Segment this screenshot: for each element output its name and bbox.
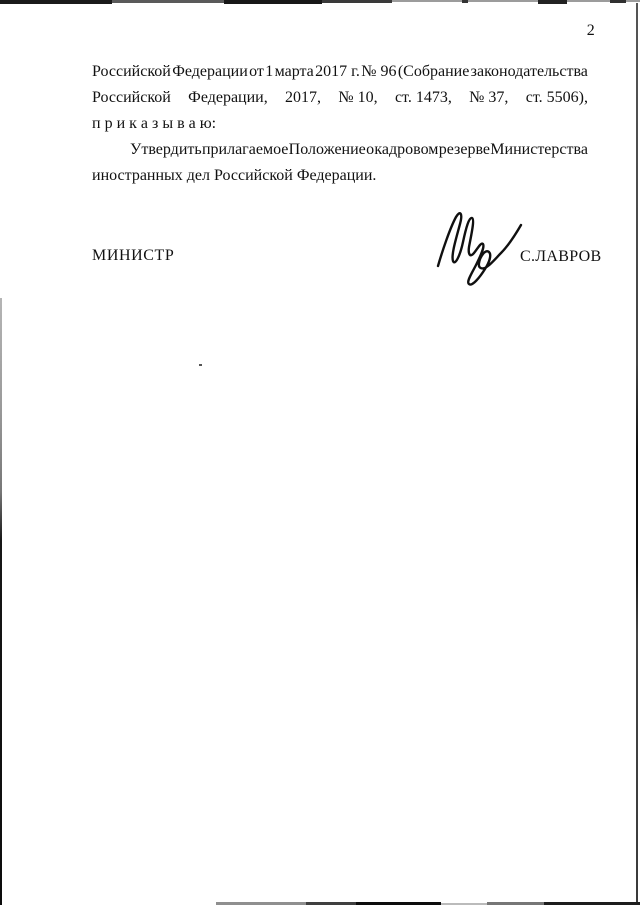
paragraph-line: РоссийскойФедерацииот1марта2017 г.№ 96(С… <box>92 59 588 85</box>
scan-artifact-speck <box>199 364 202 366</box>
paragraph-line: РоссийскойФедерации,2017,№ 10,ст. 1473,№… <box>92 85 588 111</box>
scan-artifact-top-bar <box>322 0 392 3</box>
scanned-document-page: 2 РоссийскойФедерацииот1марта2017 г.№ 96… <box>0 0 640 905</box>
paragraph-line: иностранных дел Российской Федерации. <box>92 163 588 189</box>
signatory-title: МИНИСТР <box>92 247 174 265</box>
scan-artifact-dash <box>462 0 468 3</box>
scan-artifact-left-border <box>0 298 2 905</box>
paragraph-line-prikazyvayu: п р и к а з ы в а ю: <box>92 111 588 137</box>
paragraph-line: УтвердитьприлагаемоеПоложениеокадровомре… <box>92 137 588 163</box>
scan-artifact-top-bar <box>392 0 640 2</box>
scan-artifact-top-bar <box>0 0 112 4</box>
scan-artifact-dash <box>538 0 567 4</box>
scan-artifact-dash <box>610 0 626 3</box>
handwritten-signature-icon <box>433 198 525 288</box>
signatory-name: С.ЛАВРОВ <box>520 248 601 266</box>
scan-artifact-top-bar <box>224 0 322 4</box>
scan-artifact-top-bar <box>112 0 224 3</box>
scan-artifact-right-border <box>636 3 638 905</box>
document-body: РоссийскойФедерацииот1марта2017 г.№ 96(С… <box>92 59 588 189</box>
page-number: 2 <box>587 22 595 40</box>
